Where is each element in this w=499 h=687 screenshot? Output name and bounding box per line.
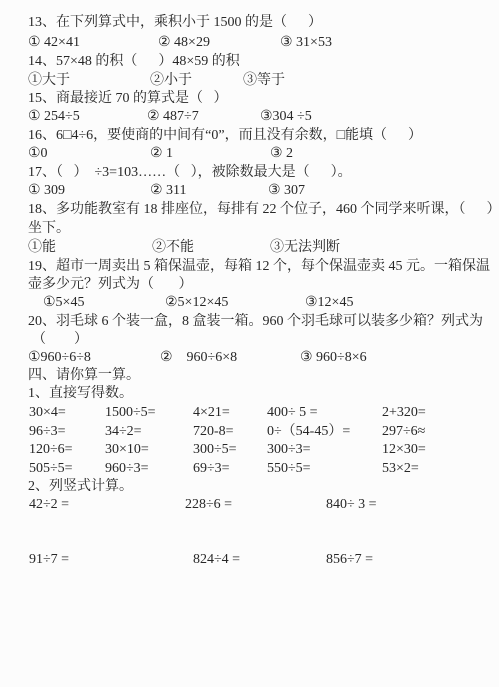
question-16-option-2: ② 1: [150, 144, 173, 163]
calc-item: 91÷7 =: [29, 550, 69, 569]
question-20-stem-line1: 20、羽毛球 6 个装一盒，8 盒装一箱。960 个羽毛球可以装多少箱？列式为: [0, 312, 499, 331]
question-20-option-3: ③ 960÷8×6: [300, 348, 367, 367]
question-13-options: ① 42×41 ② 48×29 ③ 31×53: [0, 33, 499, 52]
calc-item: 297÷6≈: [382, 422, 425, 441]
question-14-option-1: ①大于: [28, 71, 70, 90]
question-15-option-1: ① 254÷5: [28, 107, 80, 126]
question-19-stem-line1: 19、超市一周卖出 5 箱保温壶，每箱 12 个，每个保温壶卖 45 元。一箱保…: [0, 257, 499, 276]
vertical-calc-row-2: 91÷7 = 824÷4 = 856÷7 =: [0, 550, 499, 569]
question-17-option-1: ① 309: [28, 181, 65, 200]
question-13-option-1: ① 42×41: [28, 33, 80, 52]
question-13-option-3: ③ 31×53: [280, 33, 332, 52]
question-14-stem: 14、57×48 的积（ ）48×59 的积: [0, 52, 499, 71]
question-16-stem: 16、6□4÷6，要使商的中间有“0”，而且没有余数，□能填（ ）: [0, 126, 499, 145]
calc-item: 12×30=: [382, 440, 426, 459]
question-16-option-1: ①0: [28, 144, 48, 163]
question-17-option-2: ② 311: [150, 181, 187, 200]
calc-item: 550÷5=: [267, 459, 311, 478]
question-19-option-2: ②5×12×45: [165, 293, 228, 312]
section-4-heading: 四、请你算一算。: [0, 366, 499, 385]
calc-grid-row-1: 30×4= 1500÷5= 4×21= 400÷ 5 = 2+320=: [0, 403, 499, 422]
question-20-option-2: ② 960÷6×8: [160, 348, 237, 367]
calc-item: 300÷3=: [267, 440, 311, 459]
question-19-stem-line2: 壶多少元？列式为（ ）: [0, 275, 499, 294]
calc-item: 400÷ 5 =: [267, 403, 318, 422]
question-15-option-3: ③304 ÷5: [260, 107, 312, 126]
question-14-option-3: ③等于: [243, 71, 285, 90]
part-2-heading: 2、列竖式计算。: [0, 477, 499, 496]
calc-item: 30×4=: [29, 403, 66, 422]
calc-item: 69÷3=: [193, 459, 230, 478]
worksheet-page: 13、在下列算式中，乘积小于 1500 的是（ ） ① 42×41 ② 48×2…: [0, 0, 499, 687]
question-19-option-3: ③12×45: [305, 293, 353, 312]
calc-item: 1500÷5=: [105, 403, 156, 422]
question-15-option-2: ② 487÷7: [147, 107, 199, 126]
calc-item: 856÷7 =: [326, 550, 373, 569]
part-1-heading: 1、直接写得数。: [0, 384, 499, 403]
calc-item: 720-8=: [193, 422, 234, 441]
calc-item: 42÷2 =: [29, 495, 69, 514]
question-18-option-3: ③无法判断: [270, 238, 340, 257]
calc-item: 2+320=: [382, 403, 426, 422]
calc-item: 228÷6 =: [185, 495, 232, 514]
question-19-option-1: ①5×45: [43, 293, 84, 312]
question-20-stem-line2: （ ）: [0, 330, 499, 349]
question-20-options: ①960÷6÷8 ② 960÷6×8 ③ 960÷8×6: [0, 348, 499, 367]
calc-item: 960÷3=: [105, 459, 149, 478]
question-19-options: ①5×45 ②5×12×45 ③12×45: [0, 293, 499, 312]
calc-item: 4×21=: [193, 403, 230, 422]
question-18-option-1: ①能: [28, 238, 56, 257]
question-14-options: ①大于 ②小于 ③等于: [0, 71, 499, 90]
calc-item: 0÷（54-45）=: [267, 422, 350, 441]
question-16-options: ①0 ② 1 ③ 2: [0, 144, 499, 163]
question-18-options: ①能 ②不能 ③无法判断: [0, 238, 499, 257]
calc-item: 840÷ 3 =: [326, 495, 377, 514]
question-20-option-1: ①960÷6÷8: [28, 348, 91, 367]
calc-item: 505÷5=: [29, 459, 73, 478]
calc-item: 53×2=: [382, 459, 419, 478]
question-14-option-2: ②小于: [150, 71, 192, 90]
question-17-option-3: ③ 307: [268, 181, 305, 200]
calc-grid-row-3: 120÷6= 30×10= 300÷5= 300÷3= 12×30=: [0, 440, 499, 459]
question-16-option-3: ③ 2: [270, 144, 293, 163]
calc-item: 96÷3=: [29, 422, 66, 441]
question-15-stem: 15、商最接近 70 的算式是（ ）: [0, 89, 499, 108]
question-18-stem-line2: 坐下。: [0, 219, 499, 238]
calc-grid-row-2: 96÷3= 34÷2= 720-8= 0÷（54-45）= 297÷6≈: [0, 422, 499, 441]
question-13-option-2: ② 48×29: [158, 33, 210, 52]
calc-item: 34÷2=: [105, 422, 142, 441]
calc-grid-row-4: 505÷5= 960÷3= 69÷3= 550÷5= 53×2=: [0, 459, 499, 478]
question-13-stem: 13、在下列算式中，乘积小于 1500 的是（ ）: [0, 13, 499, 32]
question-17-stem: 17、（ ） ÷3=103……（ ），被除数最大是（ ）。: [0, 163, 499, 182]
question-15-options: ① 254÷5 ② 487÷7 ③304 ÷5: [0, 107, 499, 126]
question-18-stem-line1: 18、多功能教室有 18 排座位，每排有 22 个位子，460 个同学来听课，（…: [0, 200, 499, 219]
question-17-options: ① 309 ② 311 ③ 307: [0, 181, 499, 200]
question-18-option-2: ②不能: [152, 238, 194, 257]
vertical-calc-row-1: 42÷2 = 228÷6 = 840÷ 3 =: [0, 495, 499, 514]
calc-item: 300÷5=: [193, 440, 237, 459]
calc-item: 824÷4 =: [193, 550, 240, 569]
calc-item: 30×10=: [105, 440, 149, 459]
calc-item: 120÷6=: [29, 440, 73, 459]
